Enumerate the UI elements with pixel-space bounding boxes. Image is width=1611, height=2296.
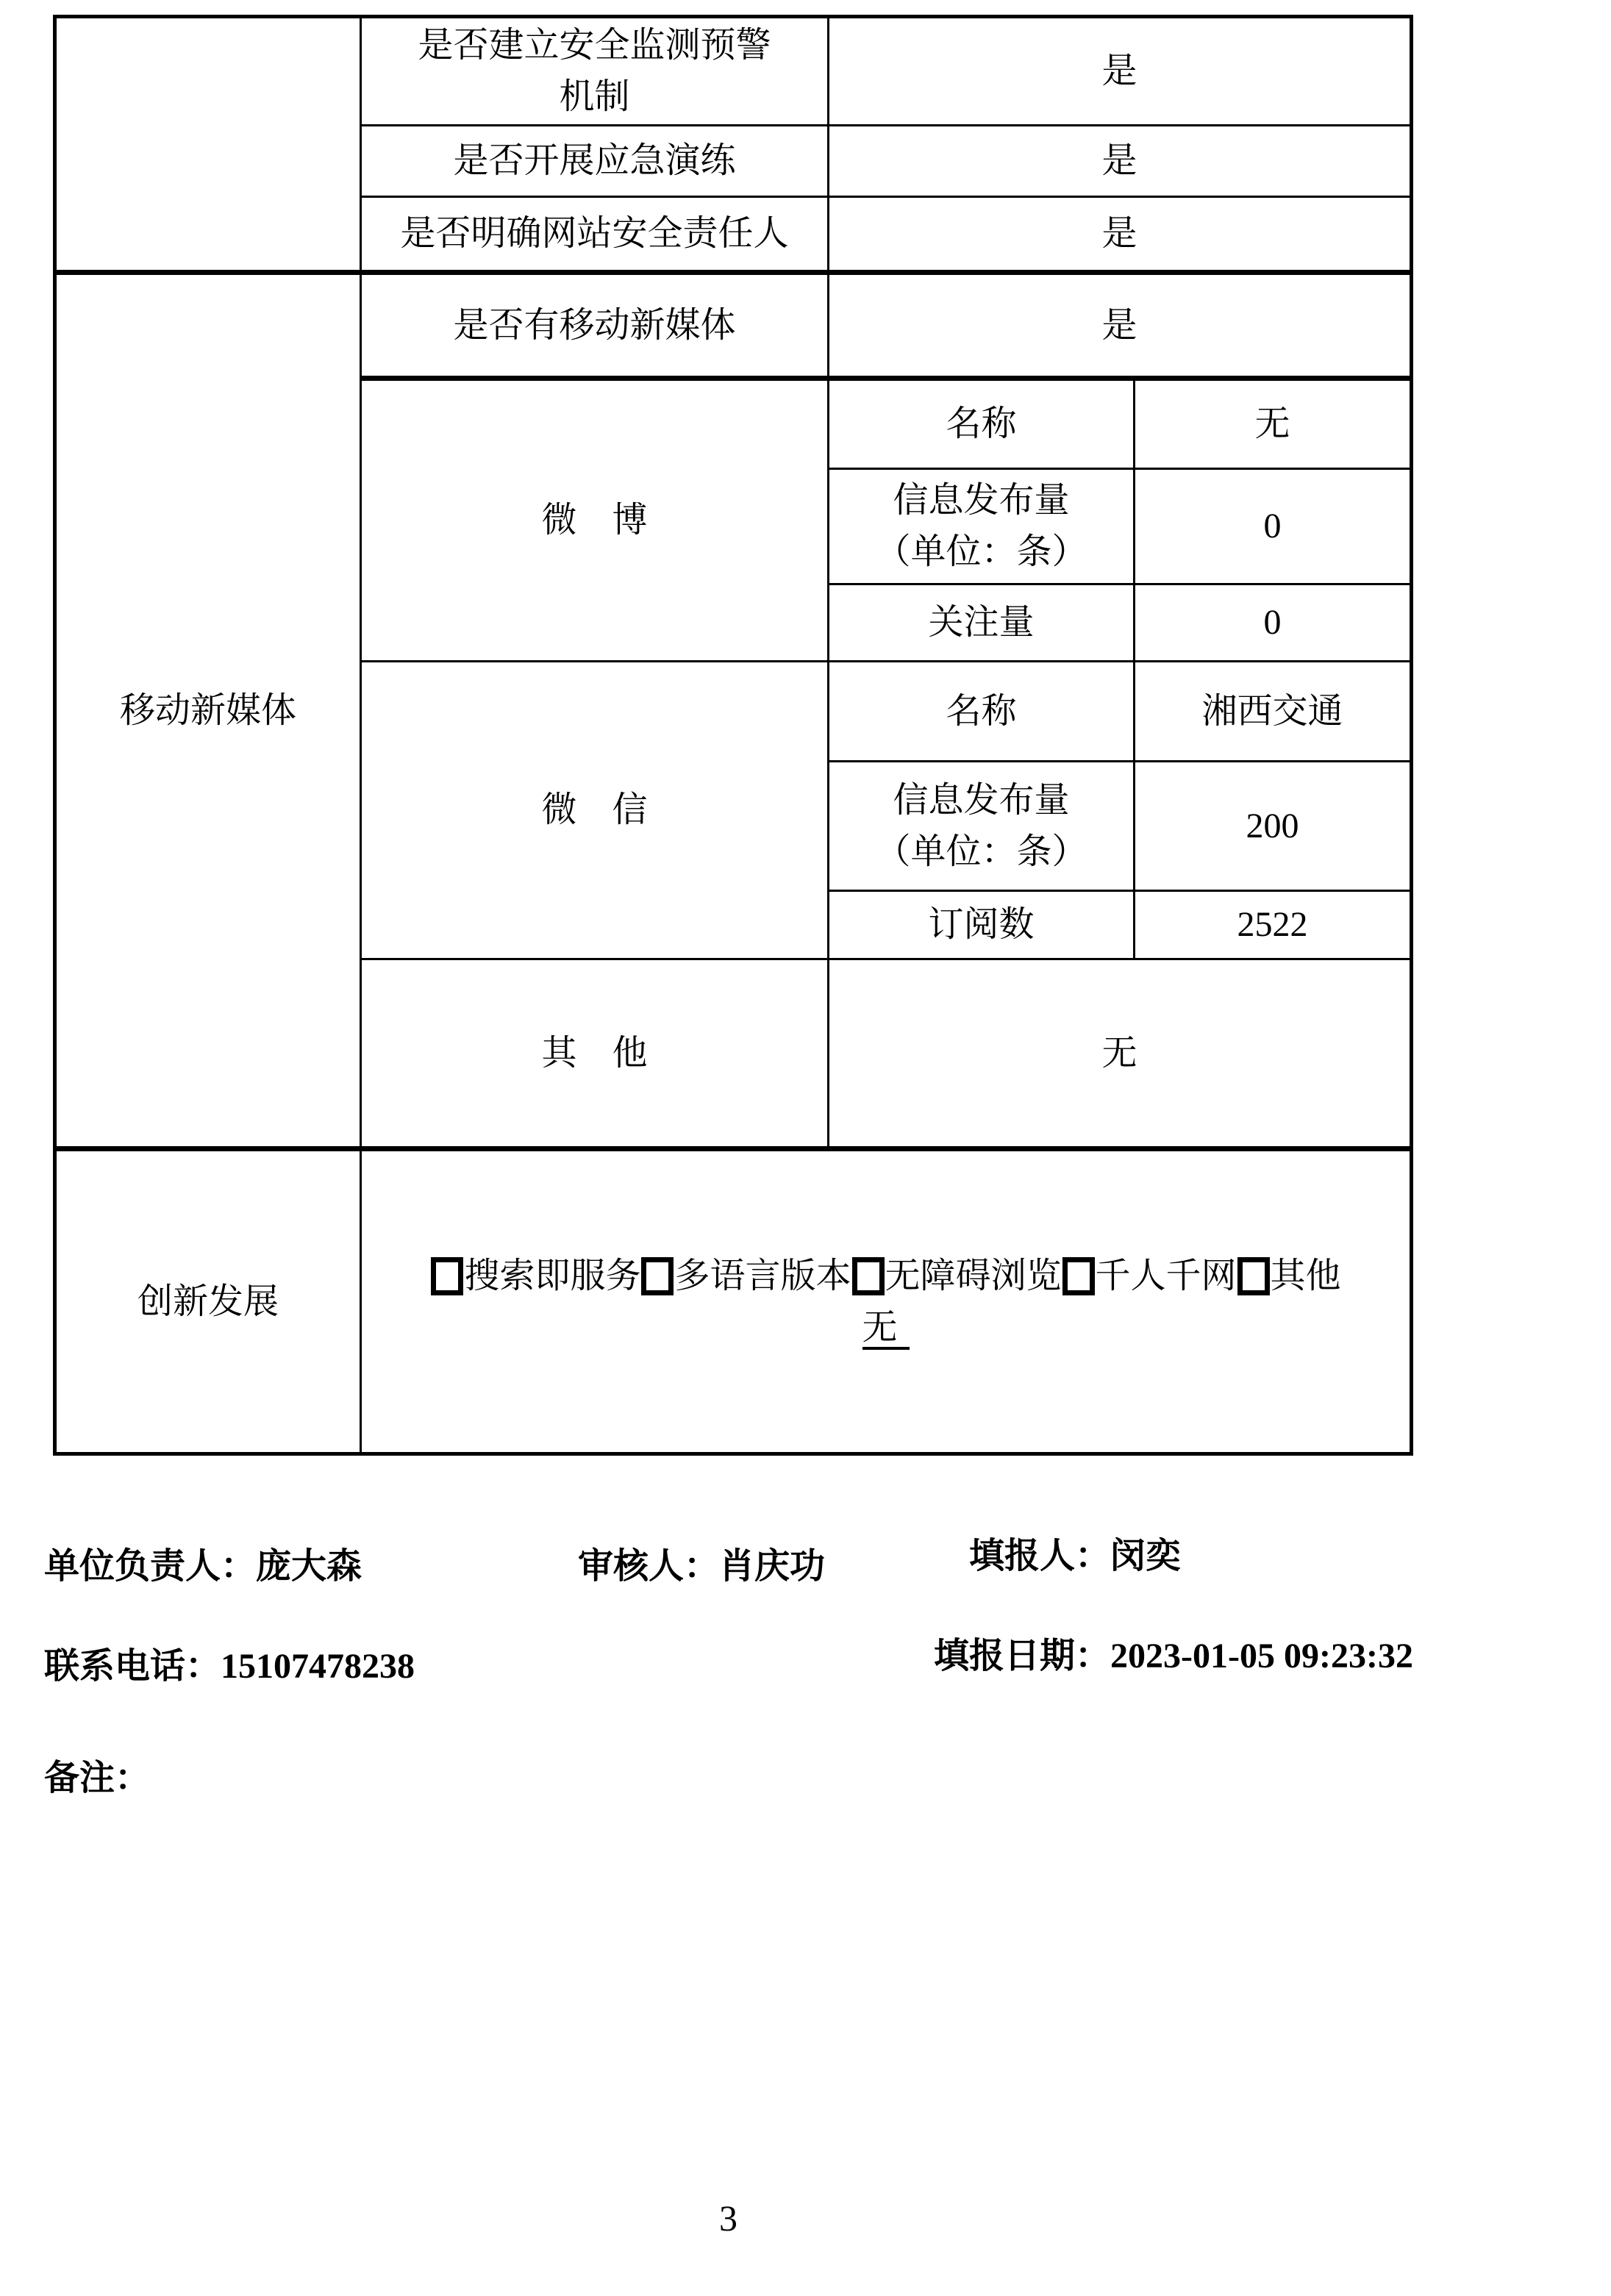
table-row: 是否建立安全监测预警 机制 是	[55, 17, 1412, 126]
cell-wechat-subscribers-label: 订阅数	[829, 891, 1135, 959]
checkbox-icon	[641, 1257, 674, 1295]
annual-report-table: 是否建立安全监测预警 机制 是 是否开展应急演练 是 是否明确网站安全责任人 是…	[53, 15, 1413, 1456]
cell-other-media-label: 其 他	[361, 959, 829, 1149]
innovation-option-label: 搜索即服务	[464, 1256, 640, 1295]
question-line: 是否建立安全监测预警	[362, 20, 827, 71]
cell-wechat-subscribers-value: 2522	[1135, 891, 1412, 959]
report-date-text: 填报日期：2023-01-05 09:23:32	[934, 1634, 1413, 1679]
innovation-option-label: 多语言版本	[674, 1256, 851, 1295]
innovation-other-line: 无	[362, 1302, 1410, 1353]
checkbox-icon	[431, 1257, 463, 1295]
label-line: 信息发布量	[829, 775, 1133, 826]
table-row: 移动新媒体 是否有移动新媒体 是	[55, 273, 1412, 379]
cell-answer-security-warning: 是	[829, 17, 1412, 126]
unit-head-text: 单位负责人：庞大森	[44, 1544, 362, 1589]
cell-wechat-posts-value: 200	[1135, 762, 1412, 891]
page-number: 3	[719, 2197, 737, 2239]
label-line: 信息发布量	[829, 475, 1133, 526]
innovation-option-label: 其他	[1271, 1256, 1341, 1295]
cell-answer-security-person: 是	[829, 197, 1412, 273]
report-page: 是否建立安全监测预警 机制 是 是否开展应急演练 是 是否明确网站安全责任人 是…	[0, 0, 1611, 2296]
cell-wechat-name-value: 湘西交通	[1135, 662, 1412, 762]
cell-section-mobile-media: 移动新媒体	[55, 273, 361, 1149]
cell-question-security-warning: 是否建立安全监测预警 机制	[361, 17, 829, 126]
label-line: （单位：条）	[829, 826, 1133, 878]
cell-weibo-followers-value: 0	[1135, 584, 1412, 662]
checkbox-icon	[1237, 1257, 1270, 1295]
reviewer-text: 审核人：肖庆功	[578, 1544, 825, 1589]
cell-weibo-posts-label: 信息发布量 （单位：条）	[829, 469, 1135, 584]
checkbox-icon	[852, 1257, 885, 1295]
cell-answer-has-mobile-media: 是	[829, 273, 1412, 379]
cell-weibo-name-label: 名称	[829, 379, 1135, 469]
cell-weibo-name-value: 无	[1135, 379, 1412, 469]
preparer-text: 填报人：闵奕	[969, 1534, 1181, 1579]
cell-question-emergency-drill: 是否开展应急演练	[361, 126, 829, 197]
cell-section-innovation: 创新发展	[55, 1149, 361, 1454]
innovation-option-label: 无障碍浏览	[885, 1256, 1062, 1295]
contact-phone-text: 联系电话：15107478238	[44, 1644, 415, 1689]
cell-wechat-posts-label: 信息发布量 （单位：条）	[829, 762, 1135, 891]
cell-section-blank	[55, 17, 361, 273]
innovation-options-line: 搜索即服务多语言版本无障碍浏览千人千网其他	[362, 1251, 1410, 1302]
cell-other-media-value: 无	[829, 959, 1412, 1149]
cell-wechat-label: 微 信	[361, 662, 829, 959]
cell-answer-emergency-drill: 是	[829, 126, 1412, 197]
cell-weibo-label: 微 博	[361, 379, 829, 662]
cell-question-has-mobile-media: 是否有移动新媒体	[361, 273, 829, 379]
cell-wechat-name-label: 名称	[829, 662, 1135, 762]
label-line: （单位：条）	[829, 526, 1133, 578]
table-row: 创新发展 搜索即服务多语言版本无障碍浏览千人千网其他 无	[55, 1149, 1412, 1454]
innovation-other-value: 无	[862, 1309, 910, 1351]
cell-weibo-followers-label: 关注量	[829, 584, 1135, 662]
remark-label: 备注：	[44, 1756, 150, 1801]
innovation-option-label: 千人千网	[1096, 1256, 1237, 1295]
checkbox-icon	[1062, 1257, 1095, 1295]
cell-weibo-posts-value: 0	[1135, 469, 1412, 584]
question-line: 机制	[362, 71, 827, 123]
cell-question-security-person: 是否明确网站安全责任人	[361, 197, 829, 273]
cell-innovation-content: 搜索即服务多语言版本无障碍浏览千人千网其他 无	[361, 1149, 1412, 1454]
